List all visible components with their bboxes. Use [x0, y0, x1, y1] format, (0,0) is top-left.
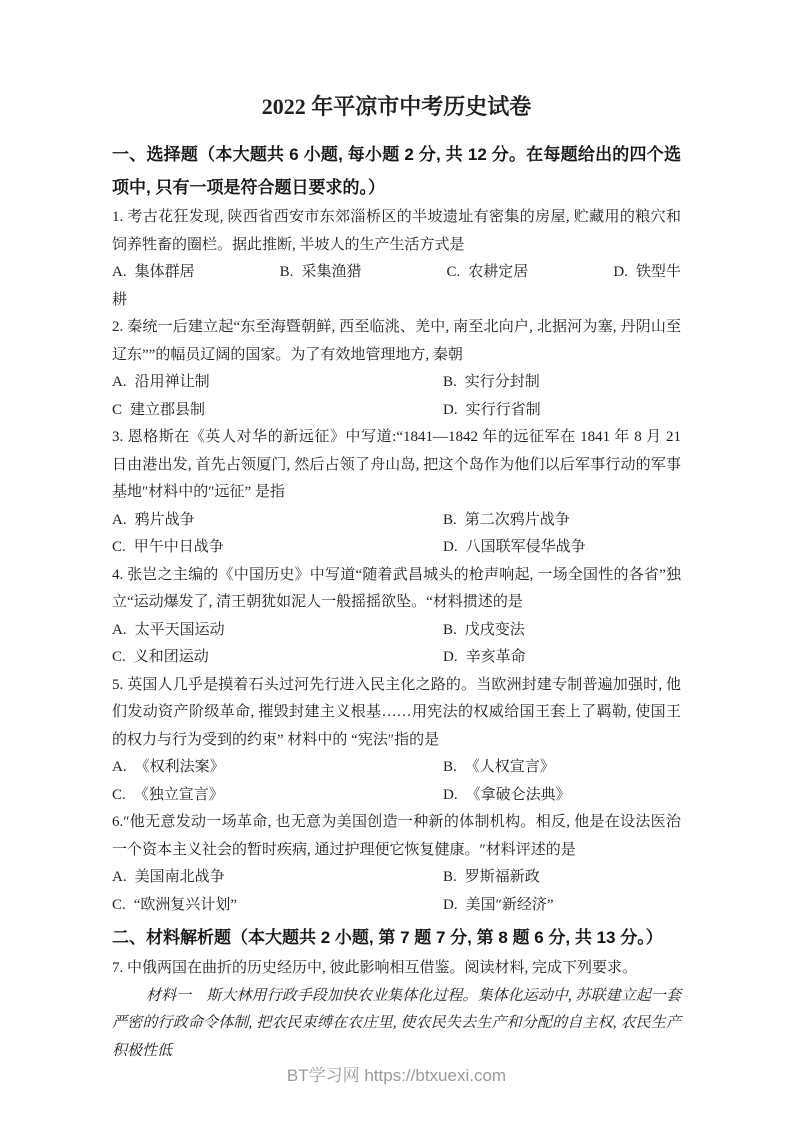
option-a-text: 鸦片战争	[135, 512, 195, 528]
option-b-label: B.	[443, 622, 457, 638]
option-a-text: 沿用禅让制	[135, 374, 210, 390]
option-d-label: D.	[443, 897, 458, 913]
question-1: 1. 考古花狂发现, 陕西省西安市东郊淄桥区的半坡遗址有密集的房屋, 贮藏用的粮…	[112, 204, 681, 314]
question-4-options-row-1: A.太平天国运动 B.戊戌变法	[112, 617, 681, 645]
question-6-option-d: D.美国″新经济”	[443, 892, 681, 920]
question-2-number: 2.	[112, 319, 127, 335]
option-c-text: 建立郡县制	[130, 402, 205, 418]
option-a-label: A.	[112, 869, 127, 885]
option-b-label: B.	[443, 512, 457, 528]
question-6-options-row-2: C.“欧洲复兴计划” D.美国″新经济”	[112, 892, 681, 920]
question-2-option-b: B.实行分封制	[443, 369, 681, 397]
option-b-label: B.	[280, 264, 294, 280]
question-3-option-d: D.八国联军侵华战争	[443, 534, 681, 562]
exam-paper-page: 2022 年平凉市中考历史试卷 一、选择题（本大题共 6 小题, 每小题 2 分…	[0, 0, 793, 1122]
option-d-text: 铁型牛耕	[112, 264, 681, 308]
option-a-label: A.	[112, 374, 127, 390]
option-c-text: 《独立宣言》	[134, 787, 224, 803]
question-2-text: 2. 秦统一后建立起“东至海暨朝鲜, 西至临洮、羌中, 南至北向户, 北据河为塞…	[112, 314, 681, 369]
question-6-option-b: B.罗斯福新政	[443, 864, 681, 892]
question-3-body: 恩格斯在《英人对华的新远征》中写道:“1841—1842 年的远征军在 1841…	[112, 429, 681, 500]
option-d-text: 辛亥革命	[466, 649, 526, 665]
page-title: 2022 年平凉市中考历史试卷	[112, 92, 681, 122]
question-1-text: 1. 考古花狂发现, 陕西省西安市东郊淄桥区的半坡遗址有密集的房屋, 贮藏用的粮…	[112, 204, 681, 259]
option-c-label: C.	[112, 539, 126, 555]
question-2-body: 秦统一后建立起“东至海暨朝鲜, 西至临洮、羌中, 南至北向户, 北据河为塞, 丹…	[112, 319, 681, 363]
option-d-text: 实行行省制	[466, 402, 541, 418]
question-5-number: 5.	[112, 677, 127, 693]
question-4-text: 4. 张岂之主编的《中国历史》中写道“随着武昌城头的枪声响起, 一场全国性的各省…	[112, 562, 681, 617]
question-3-option-b: B.第二次鸦片战争	[443, 507, 681, 535]
question-2: 2. 秦统一后建立起“东至海暨朝鲜, 西至临洮、羌中, 南至北向户, 北据河为塞…	[112, 314, 681, 424]
question-6-options-row-1: A.美国南北战争 B.罗斯福新政	[112, 864, 681, 892]
option-a-text: 太平天国运动	[135, 622, 225, 638]
question-5: 5. 英国人几乎是摸着石头过河先行进入民主化之路的。当欧洲封建专制普遍加强时, …	[112, 672, 681, 810]
question-3-options-row-1: A.鸦片战争 B.第二次鸦片战争	[112, 507, 681, 535]
option-c-label: C.	[112, 649, 126, 665]
option-a-text: 集体群居	[135, 264, 195, 280]
question-4-option-a: A.太平天国运动	[112, 617, 443, 645]
option-a-label: A.	[112, 622, 127, 638]
option-b-label: B.	[443, 759, 457, 775]
option-d-label: D.	[443, 539, 458, 555]
question-1-options-row: A.集体群居B.采集渔猎C.农耕定居D.铁型牛耕	[112, 259, 681, 314]
option-b-text: 第二次鸦片战争	[465, 512, 570, 528]
question-3-text: 3. 恩格斯在《英人对华的新远征》中写道:“1841—1842 年的远征军在 1…	[112, 424, 681, 507]
question-3-options-row-2: C.甲午中日战争 D.八国联军侵华战争	[112, 534, 681, 562]
question-2-options-row-2: C建立郡县制 D.实行行省制	[112, 397, 681, 425]
question-5-option-c: C.《独立宣言》	[112, 782, 443, 810]
question-1-option-d: D.铁型牛耕	[112, 264, 681, 308]
option-d-text: 八国联军侵华战争	[466, 539, 586, 555]
option-a-label: A.	[112, 759, 127, 775]
option-d-label: D.	[443, 402, 458, 418]
site-watermark: BT学习网 https://btxuexi.com	[0, 1064, 793, 1088]
question-4: 4. 张岂之主编的《中国历史》中写道“随着武昌城头的枪声响起, 一场全国性的各省…	[112, 562, 681, 672]
option-d-text: 《拿破仑法典》	[466, 787, 571, 803]
option-b-text: 戊戌变法	[465, 622, 525, 638]
question-3-number: 3.	[112, 429, 128, 445]
question-4-option-c: C.义和团运动	[112, 644, 443, 672]
question-7-material-one: 材料一 斯大林用行政手段加快农业集体化过程。集体化运动中, 苏联建立起一套严密的…	[112, 983, 681, 1066]
option-d-label: D.	[443, 649, 458, 665]
option-c-label: C.	[112, 787, 126, 803]
page-content: 2022 年平凉市中考历史试卷 一、选择题（本大题共 6 小题, 每小题 2 分…	[112, 0, 681, 1065]
question-7-text: 7. 中俄两国在曲折的历史经历中, 彼此影响相互借鉴。阅读材料, 完成下列要求。	[112, 955, 681, 983]
question-4-number: 4.	[112, 567, 127, 583]
question-5-option-a: A.《权利法案》	[112, 754, 443, 782]
question-6-body: ″他无意发动一场革命, 也无意为美国创造一种新的体制机构。相反, 他是在设法医治…	[112, 814, 681, 858]
question-7: 7. 中俄两国在曲折的历史经历中, 彼此影响相互借鉴。阅读材料, 完成下列要求。…	[112, 955, 681, 1065]
question-6-option-a: A.美国南北战争	[112, 864, 443, 892]
question-2-options-row-1: A.沿用禅让制 B.实行分封制	[112, 369, 681, 397]
question-6: 6.″他无意发动一场革命, 也无意为美国创造一种新的体制机构。相反, 他是在设法…	[112, 809, 681, 919]
question-3-option-a: A.鸦片战争	[112, 507, 443, 535]
question-1-option-b: B.采集渔猎	[280, 264, 362, 280]
question-2-option-d: D.实行行省制	[443, 397, 681, 425]
question-6-text: 6.″他无意发动一场革命, 也无意为美国创造一种新的体制机构。相反, 他是在设法…	[112, 809, 681, 864]
question-7-number: 7.	[112, 960, 127, 976]
option-b-label: B.	[443, 869, 457, 885]
question-1-body: 考古花狂发现, 陕西省西安市东郊淄桥区的半坡遗址有密集的房屋, 贮藏用的粮穴和饲…	[112, 209, 681, 253]
option-a-text: 《权利法案》	[135, 759, 225, 775]
question-1-option-c: C.农耕定居	[446, 264, 528, 280]
question-7-body: 中俄两国在曲折的历史经历中, 彼此影响相互借鉴。阅读材料, 完成下列要求。	[127, 960, 637, 976]
option-b-text: 《人权宣言》	[465, 759, 555, 775]
question-5-option-b: B.《人权宣言》	[443, 754, 681, 782]
option-b-label: B.	[443, 374, 457, 390]
question-1-option-a: A.集体群居	[112, 264, 195, 280]
question-1-number: 1.	[112, 209, 127, 225]
section-one-heading: 一、选择题（本大题共 6 小题, 每小题 2 分, 共 12 分。在每题给出的四…	[112, 138, 681, 204]
question-4-option-b: B.戊戌变法	[443, 617, 681, 645]
question-6-option-c: C.“欧洲复兴计划”	[112, 892, 443, 920]
option-a-text: 美国南北战争	[135, 869, 225, 885]
question-4-body: 张岂之主编的《中国历史》中写道“随着武昌城头的枪声响起, 一场全国性的各省”独立…	[112, 567, 681, 611]
question-5-option-d: D.《拿破仑法典》	[443, 782, 681, 810]
question-5-options-row-2: C.《独立宣言》 D.《拿破仑法典》	[112, 782, 681, 810]
option-d-label: D.	[443, 787, 458, 803]
section-two-heading: 二、材料解析题（本大题共 2 小题, 第 7 题 7 分, 第 8 题 6 分,…	[112, 923, 681, 953]
option-c-label: C.	[112, 897, 126, 913]
option-c-text: 义和团运动	[134, 649, 209, 665]
question-3-option-c: C.甲午中日战争	[112, 534, 443, 562]
option-c-text: 农耕定居	[468, 264, 528, 280]
question-6-number: 6.	[112, 814, 123, 830]
option-c-label: C	[112, 402, 122, 418]
question-4-options-row-2: C.义和团运动 D.辛亥革命	[112, 644, 681, 672]
question-5-text: 5. 英国人几乎是摸着石头过河先行进入民主化之路的。当欧洲封建专制普遍加强时, …	[112, 672, 681, 755]
option-b-text: 罗斯福新政	[465, 869, 540, 885]
option-a-label: A.	[112, 512, 127, 528]
option-b-text: 采集渔猎	[301, 264, 361, 280]
option-a-label: A.	[112, 264, 127, 280]
option-b-text: 实行分封制	[465, 374, 540, 390]
option-c-text: 甲午中日战争	[134, 539, 224, 555]
option-c-text: “欧洲复兴计划”	[134, 897, 237, 913]
question-4-option-d: D.辛亥革命	[443, 644, 681, 672]
question-2-option-c: C建立郡县制	[112, 397, 443, 425]
option-d-text: 美国″新经济”	[466, 897, 554, 913]
question-5-body: 英国人几乎是摸着石头过河先行进入民主化之路的。当欧洲封建专制普遍加强时, 他们发…	[112, 677, 681, 748]
option-c-label: C.	[446, 264, 460, 280]
question-2-option-a: A.沿用禅让制	[112, 369, 443, 397]
option-d-label: D.	[613, 264, 628, 280]
question-5-options-row-1: A.《权利法案》 B.《人权宣言》	[112, 754, 681, 782]
question-3: 3. 恩格斯在《英人对华的新远征》中写道:“1841—1842 年的远征军在 1…	[112, 424, 681, 562]
